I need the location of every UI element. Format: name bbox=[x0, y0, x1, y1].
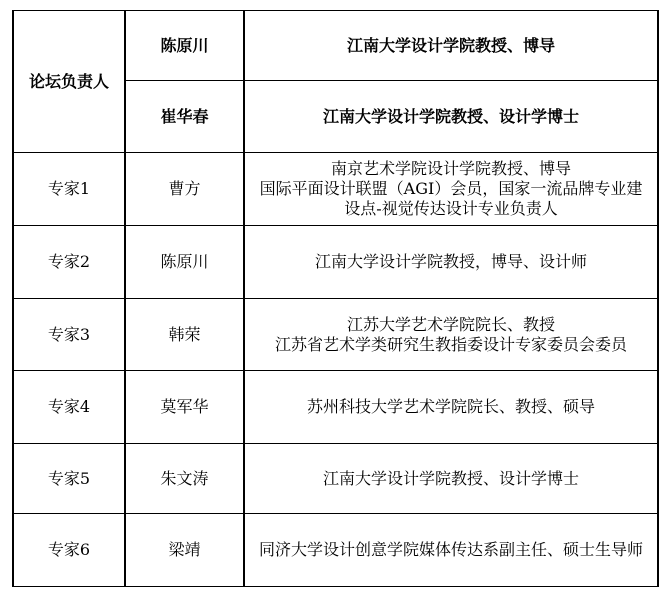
expert-label-cell: 专家4 bbox=[13, 371, 125, 444]
forum-leader-cell: 论坛负责人 bbox=[13, 11, 125, 153]
name-cell: 梁靖 bbox=[125, 514, 244, 587]
name-cell: 朱文涛 bbox=[125, 444, 244, 514]
title-cell: 江南大学设计学院教授、设计学博士 bbox=[244, 444, 658, 514]
title-cell: 江南大学设计学院教授、博导 bbox=[244, 11, 658, 81]
table-row: 专家3 韩荣 江苏大学艺术学院院长、教授 江苏省艺术学类研究生教指委设计专家委员… bbox=[13, 299, 658, 371]
name-cell: 莫军华 bbox=[125, 371, 244, 444]
title-cell: 江南大学设计学院教授、设计学博士 bbox=[244, 81, 658, 153]
title-cell: 苏州科技大学艺术学院院长、教授、硕导 bbox=[244, 371, 658, 444]
name-cell: 韩荣 bbox=[125, 299, 244, 371]
experts-table: 论坛负责人 陈原川 江南大学设计学院教授、博导 崔华春 江南大学设计学院教授、设… bbox=[12, 10, 659, 587]
expert-label-cell: 专家2 bbox=[13, 226, 125, 299]
expert-label-cell: 专家5 bbox=[13, 444, 125, 514]
name-cell: 崔华春 bbox=[125, 81, 244, 153]
name-cell: 陈原川 bbox=[125, 226, 244, 299]
name-cell: 曹方 bbox=[125, 153, 244, 226]
table-row: 专家1 曹方 南京艺术学院设计学院教授、博导 国际平面设计联盟（AGI）会员，国… bbox=[13, 153, 658, 226]
title-cell: 江南大学设计学院教授，博导、设计师 bbox=[244, 226, 658, 299]
table-row: 论坛负责人 陈原川 江南大学设计学院教授、博导 bbox=[13, 11, 658, 81]
table-row: 专家4 莫军华 苏州科技大学艺术学院院长、教授、硕导 bbox=[13, 371, 658, 444]
table-row: 专家2 陈原川 江南大学设计学院教授，博导、设计师 bbox=[13, 226, 658, 299]
title-cell: 江苏大学艺术学院院长、教授 江苏省艺术学类研究生教指委设计专家委员会委员 bbox=[244, 299, 658, 371]
table-row: 专家5 朱文涛 江南大学设计学院教授、设计学博士 bbox=[13, 444, 658, 514]
title-cell: 南京艺术学院设计学院教授、博导 国际平面设计联盟（AGI）会员，国家一流品牌专业… bbox=[244, 153, 658, 226]
name-cell: 陈原川 bbox=[125, 11, 244, 81]
title-cell: 同济大学设计创意学院媒体传达系副主任、硕士生导师 bbox=[244, 514, 658, 587]
expert-label-cell: 专家6 bbox=[13, 514, 125, 587]
table-row: 专家6 梁靖 同济大学设计创意学院媒体传达系副主任、硕士生导师 bbox=[13, 514, 658, 587]
document-area: 论坛负责人 陈原川 江南大学设计学院教授、博导 崔华春 江南大学设计学院教授、设… bbox=[12, 10, 659, 587]
expert-label-cell: 专家1 bbox=[13, 153, 125, 226]
expert-label-cell: 专家3 bbox=[13, 299, 125, 371]
